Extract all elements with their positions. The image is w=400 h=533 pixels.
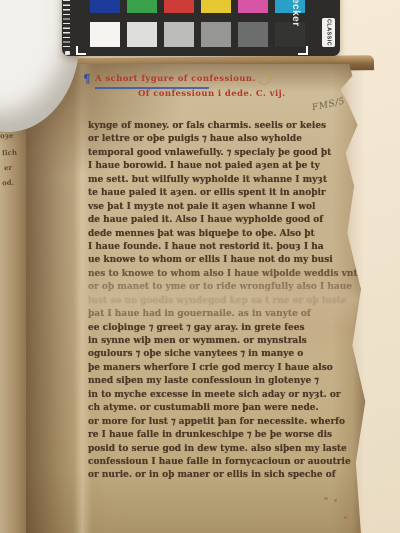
shelfmark-note: FMS/5 (311, 97, 346, 114)
manuscript-text-line: ogulours ⁊ oþe siche vanytees ⁊ in manye… (88, 348, 360, 361)
manuscript-text-line: þe maners wherfore I crie god mercy I ha… (88, 362, 360, 375)
gray-patch-light (127, 22, 157, 47)
color-patch-magenta (238, 0, 268, 13)
gray-patch-row (90, 22, 305, 47)
color-patch-blue (90, 0, 120, 13)
manuscript-text-line: temporal good vnlawefully. ⁊ specialy þe… (88, 147, 360, 160)
color-patch-red (164, 0, 194, 13)
manuscript-text-line: de haue paied it. Also I haue wypholde g… (88, 214, 360, 227)
rubric-title-line1: A schort fygure of confessioun. (95, 74, 256, 84)
red-ink-speck (334, 499, 337, 502)
color-patch-row (90, 0, 305, 13)
worn-faded-area (78, 278, 360, 326)
manuscript-text-line: in to myche excesse in meete sich aday o… (88, 389, 360, 402)
gray-patch-white (90, 22, 120, 47)
manuscript-text-line: or lettre or oþe puigis ⁊ haue also wyho… (88, 133, 360, 146)
manuscript-text-line: ue knowe to whom or ellis I haue not do … (88, 254, 360, 267)
manuscript-text-line: te haue paied it aȝen. or ellis spent it… (88, 187, 360, 200)
rubric-flourish (256, 68, 273, 87)
manuscript-text-line: posid to serue god in dew tyme. also siþ… (88, 443, 360, 456)
edge-text-fragment: od. (2, 178, 14, 187)
manuscript-text-line: or nurie. or in oþ maner or ellis in sic… (88, 469, 360, 482)
manuscript-text-line: or more for lust ⁊ appetit þan for neces… (88, 416, 360, 429)
manuscript-text-line: dede mennes þat was biqueþe to oþe. Also… (88, 228, 360, 241)
rubric-title-line2: Of confessioun i dede. C. vij. (138, 89, 285, 99)
edge-text-fragment: ſich (2, 148, 17, 158)
classic-label-badge: CLASSIC (322, 18, 335, 47)
red-ink-speck (324, 497, 328, 500)
ruler-label (65, 51, 70, 55)
manuscript-text-line: kynge of money. or fals charmis. seelis … (88, 120, 360, 133)
red-ink-speck (344, 516, 347, 519)
manuscript-text-line: in synne wiþ men or wymmen. or mynstrals (88, 335, 360, 348)
manuscript-photo: þin oȝe ſich er od. ¶ A schort fygure of… (0, 0, 400, 533)
gray-patch-mid (201, 22, 231, 47)
manuscript-text-line: re I haue falle in drunkeschipe ⁊ be þe … (88, 429, 360, 442)
manuscript-text-line: I haue founde. I haue not restorid it. þ… (88, 241, 360, 254)
manuscript-page: ¶ A schort fygure of confessioun. Of con… (26, 64, 366, 533)
paraph-mark: ¶ (83, 72, 91, 86)
classic-label-text: CLASSIC (326, 19, 332, 46)
manuscript-text-line: confessioun I haue falle in fornycacioun… (88, 456, 360, 469)
manuscript-text-line: nned siþen my laste confessioun in glote… (88, 375, 360, 388)
manuscript-text-line: I haue borowid. I haue not paied aȝen at… (88, 160, 360, 173)
manuscript-text-line: me sett. but wilfully wypholde it whanne… (88, 174, 360, 187)
manuscript-text-line: vse þat I myȝte not paie it aȝen whanne … (88, 201, 360, 214)
color-patch-yellow (201, 0, 231, 13)
gray-patch-mid-light (164, 22, 194, 47)
manuscript-text-line: ch atyme. or custumabli more þan were ne… (88, 402, 360, 415)
crop-corner-mark (298, 46, 308, 55)
color-checker-card: ecker CLASSIC (62, 0, 340, 56)
colorchecker-brand-text: ecker (290, 0, 301, 32)
color-patch-green (127, 0, 157, 13)
edge-text-fragment: er (4, 163, 12, 172)
edge-text-fragment: oȝe (0, 131, 14, 140)
gray-patch-dark (238, 22, 268, 47)
crop-corner-mark (76, 46, 86, 55)
ruler-scale (63, 0, 70, 48)
